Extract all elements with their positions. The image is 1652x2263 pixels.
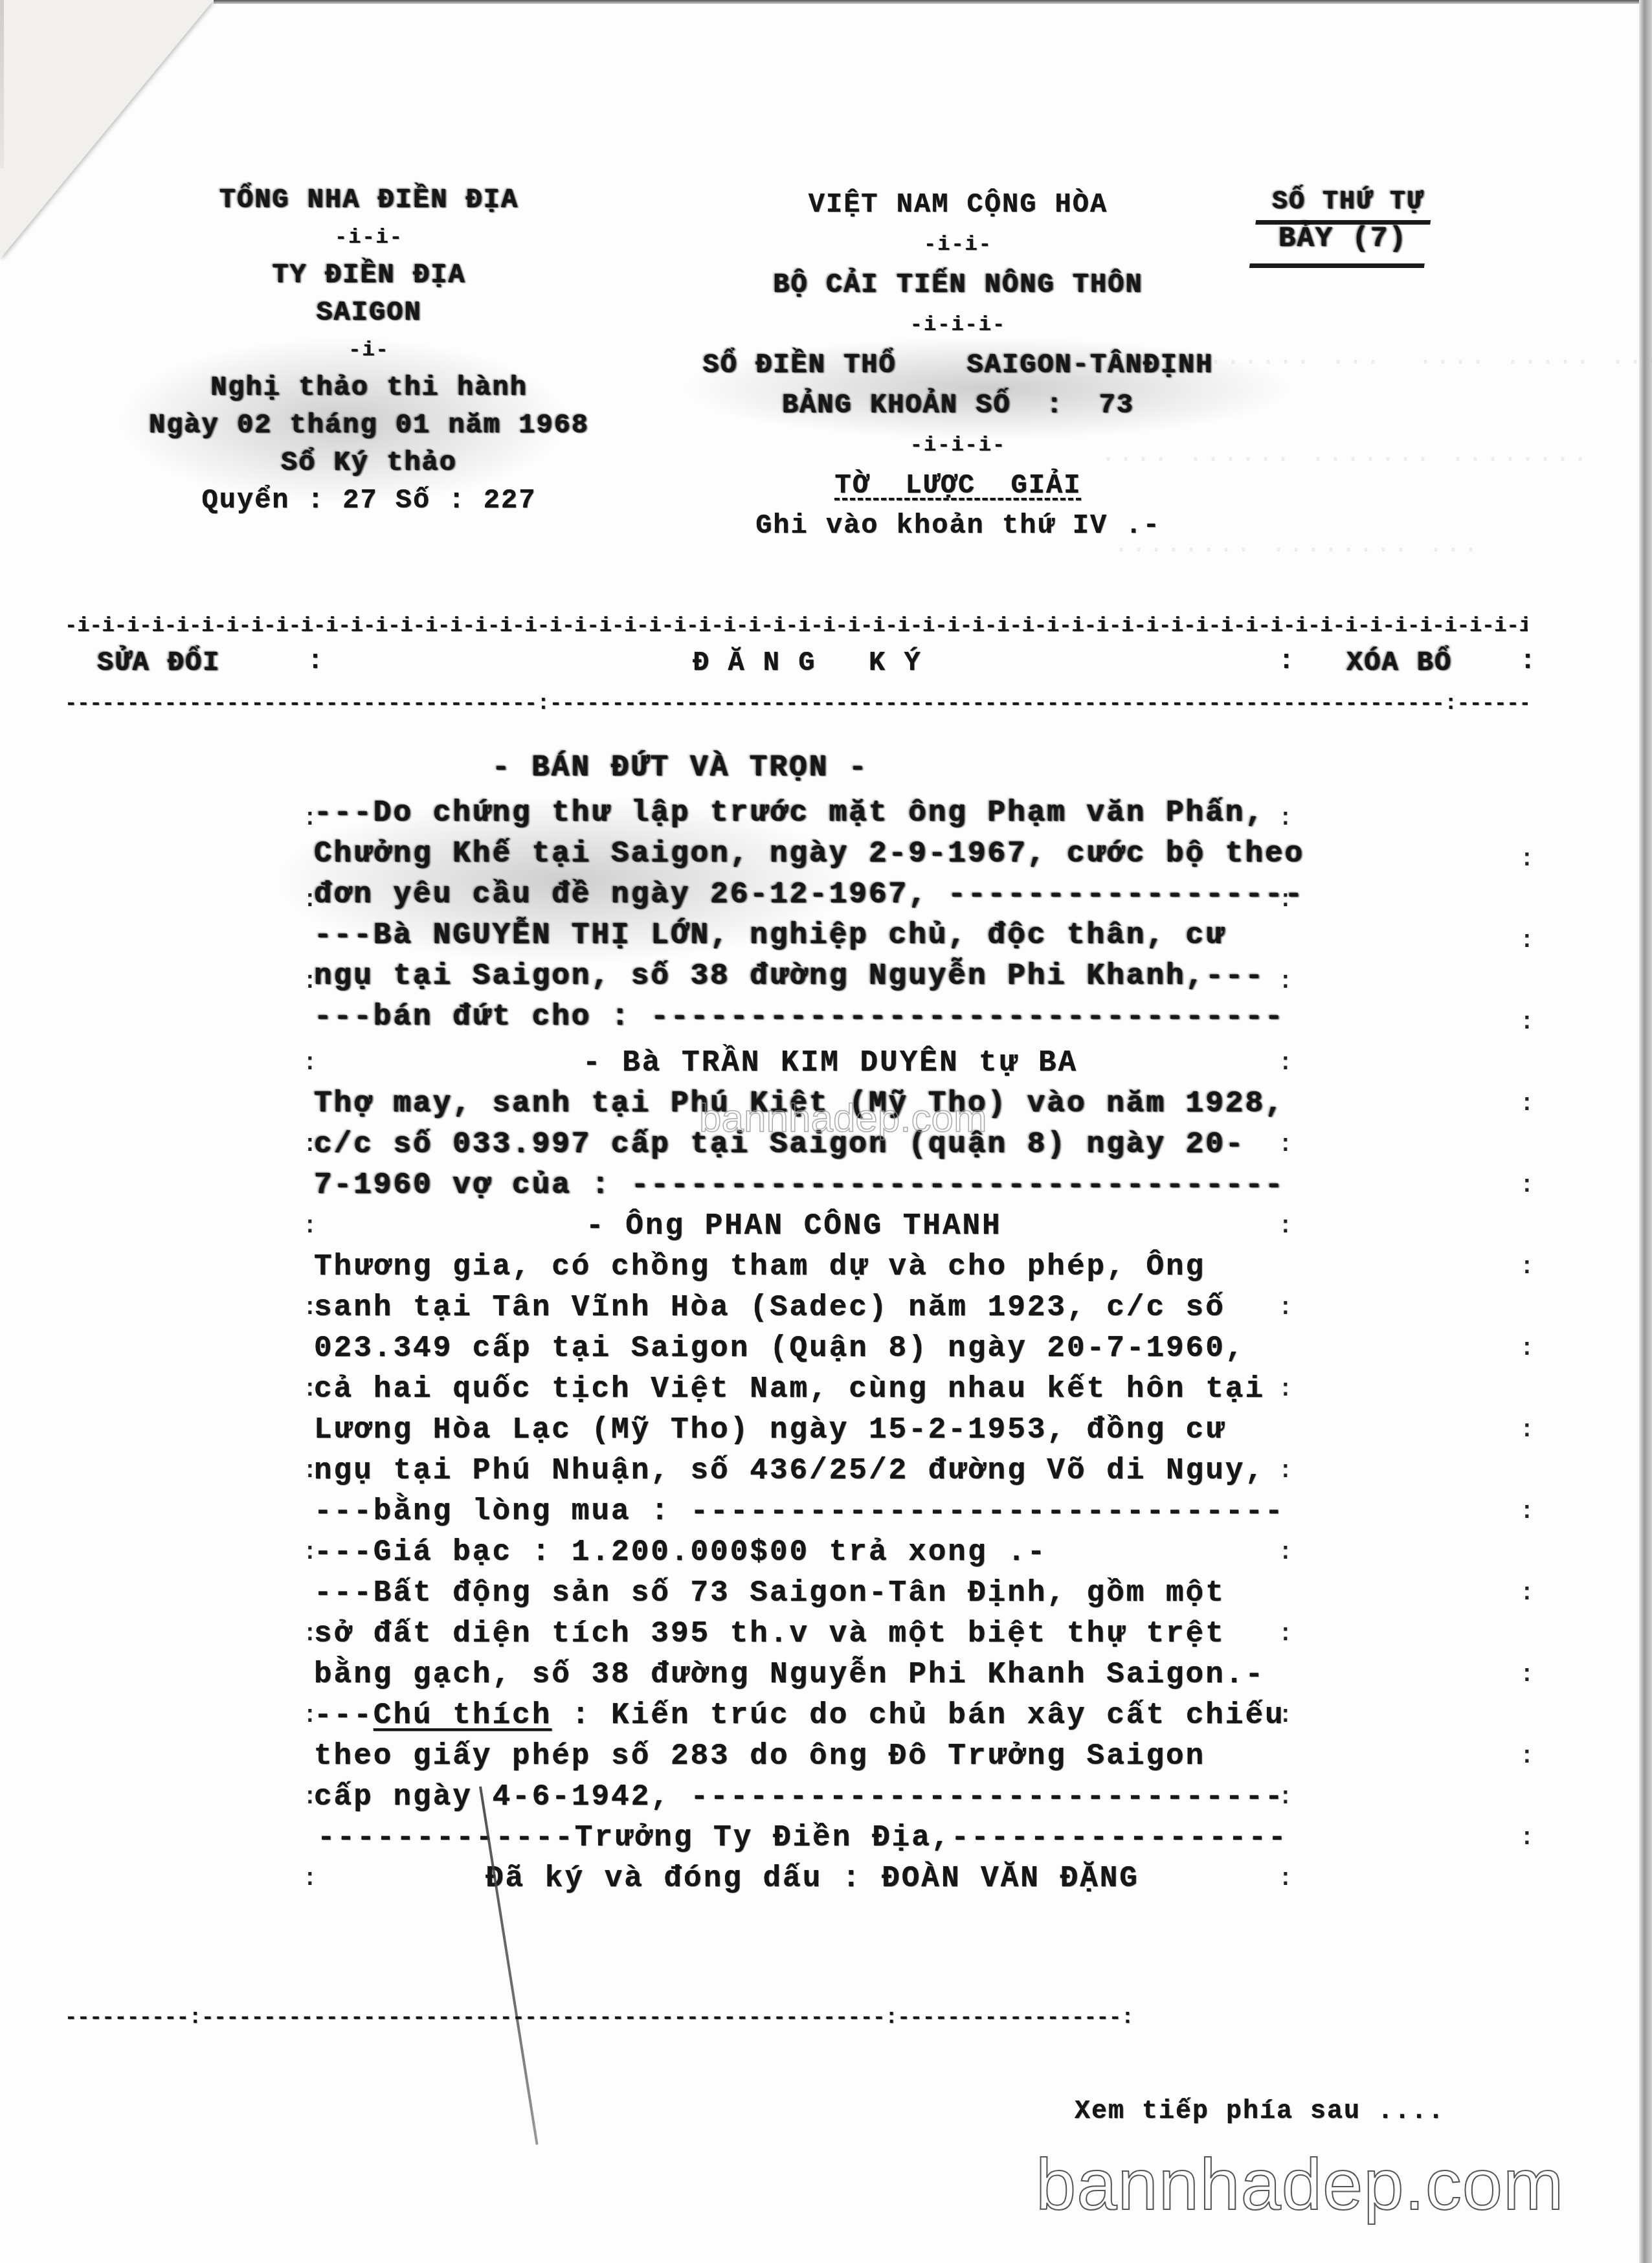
executed-label: Nghị thảo thi hành <box>110 369 628 407</box>
dotted-separator: --------------------------------------:-… <box>65 691 1528 711</box>
entry-note: Ghi vào khoản thứ IV .- <box>667 506 1249 546</box>
margin-mark: : <box>303 1702 317 1729</box>
deed-line: ---bán đứt cho : -----------------------… <box>314 1000 1285 1034</box>
margin-mark: : <box>1520 1825 1534 1851</box>
column-divider: : <box>1520 647 1537 676</box>
margin-mark: : <box>303 1784 317 1811</box>
margin-mark: : <box>1520 1743 1534 1770</box>
deed-line: - Ông PHAN CÔNG THANH <box>586 1209 1002 1243</box>
deed-line: ngụ tại Phú Nhuận, số 436/25/2 đường Võ … <box>314 1454 1265 1488</box>
scan-left-edge <box>0 0 4 168</box>
margin-mark: : <box>1520 1091 1534 1117</box>
margin-mark: : <box>303 805 317 832</box>
margin-mark: : <box>1278 1376 1293 1403</box>
deed-type-title: - BÁN ĐỨT VÀ TRỌN - <box>492 751 869 785</box>
executed-date: Ngày 02 tháng 01 năm 1968 <box>110 407 628 444</box>
separator: -i-i- <box>110 219 628 256</box>
continue-note: Xem tiếp phía sau .... <box>1075 2097 1445 2126</box>
separator: -i-i- <box>667 225 1249 265</box>
margin-mark: : <box>303 1539 317 1566</box>
margin-mark: : <box>303 968 317 995</box>
scan-top-edge <box>214 0 1652 4</box>
margin-mark: : <box>1278 805 1293 832</box>
watermark-center: bannhadep.com <box>699 1095 987 1141</box>
margin-mark: : <box>1520 1254 1534 1280</box>
watermark: bannhadep.com <box>1036 2143 1564 2226</box>
margin-mark: : <box>303 887 317 913</box>
deed-line: Thương gia, có chồng tham dự và cho phép… <box>314 1250 1205 1284</box>
margin-mark: : <box>303 1376 317 1403</box>
agency-name: TỔNG NHA ĐIỀN ĐỊA <box>110 181 628 219</box>
column-divider: : <box>307 647 324 676</box>
deed-line: 023.349 cấp tại Saigon (Quận 8) ngày 20-… <box>314 1332 1245 1365</box>
margin-mark: : <box>1278 1458 1293 1484</box>
margin-mark: : <box>1520 928 1534 954</box>
volume-number: Quyển : 27 Số : 227 <box>110 482 628 519</box>
separator: -i-i-i- <box>667 425 1249 465</box>
margin-mark: : <box>303 1458 317 1484</box>
margin-mark: : <box>303 1050 317 1076</box>
deed-line: - Bà TRẦN KIM DUYÊN tự BA <box>583 1046 1078 1080</box>
land-book: SỔ ĐIỀN THỔ SAIGON-TÂNĐỊNH <box>667 345 1249 385</box>
note-label: Chú thích <box>374 1699 552 1732</box>
margin-mark: : <box>1278 1866 1293 1892</box>
margin-mark: : <box>1278 1213 1293 1240</box>
margin-mark: : <box>1520 1172 1534 1199</box>
margin-mark: : <box>1278 1295 1293 1321</box>
separator: -i-i-i- <box>667 305 1249 345</box>
registration-column-label: Đ Ă N G K Ý <box>693 647 922 678</box>
deed-line: cấp ngày 4-6-1942, ---------------------… <box>314 1780 1285 1814</box>
deed-line: theo giấy phép số 283 do ông Đô Trưởng S… <box>314 1739 1205 1773</box>
ministry-name: BỘ CẢI TIẾN NÔNG THÔN <box>667 265 1249 305</box>
registry-label: Sổ Ký thảo <box>110 444 628 482</box>
country-name: VIỆT NAM CỘNG HÒA <box>667 184 1249 225</box>
deed-line: cả hai quốc tịch Việt Nam, cùng nhau kết… <box>314 1372 1265 1406</box>
margin-mark: : <box>1278 1784 1293 1811</box>
summary-title: TỜ LƯỢC GIẢI <box>667 465 1249 506</box>
serial-value: BẢY (7) <box>1278 223 1407 255</box>
amendment-column-label: SỬA ĐỔI <box>97 647 220 678</box>
deed-line: ---bằng lòng mua : ---------------------… <box>314 1495 1285 1528</box>
deed-line: bằng gạch, số 38 đường Nguyễn Phi Khanh … <box>314 1658 1265 1691</box>
bottom-separator: ----------:-----------------------------… <box>65 2005 1521 2029</box>
deed-line: Đã ký và đóng dấu : ĐOÀN VĂN ĐẶNG <box>486 1862 1139 1895</box>
margin-mark: : <box>1520 846 1534 873</box>
government-header: VIỆT NAM CỘNG HÒA -i-i- BỘ CẢI TIẾN NÔNG… <box>667 184 1249 546</box>
deed-line: sở đất diện tích 395 th.v và một biệt th… <box>314 1617 1225 1651</box>
margin-mark: : <box>1520 1580 1534 1607</box>
scan-right-edge <box>1639 0 1652 2263</box>
office-city: SAIGON <box>110 294 628 331</box>
margin-mark: : <box>1520 1662 1534 1688</box>
deed-line: ---Giá bạc : 1.200.000$00 trả xong .- <box>314 1535 1047 1569</box>
scanned-document-page: ........ ... .... ..... ... .... ...... … <box>0 0 1652 2263</box>
margin-mark: : <box>1520 1335 1534 1362</box>
deed-line: ---Chú thích : Kiến trúc do chủ bán xây … <box>314 1699 1285 1732</box>
margin-mark: : <box>303 1866 317 1892</box>
margin-mark: : <box>1278 887 1293 913</box>
record-number: BẢNG KHOẢN SỐ : 73 <box>667 385 1249 425</box>
deed-line: Lương Hòa Lạc (Mỹ Tho) ngày 15-2-1953, đ… <box>314 1413 1225 1447</box>
margin-mark: : <box>1278 1539 1293 1566</box>
margin-mark: : <box>303 1131 317 1158</box>
margin-mark: : <box>1278 1702 1293 1729</box>
deed-line: sanh tại Tân Vĩnh Hòa (Sadec) năm 1923, … <box>314 1291 1225 1324</box>
deed-line: ---Do chứng thư lập trước mặt ông Phạm v… <box>314 796 1265 830</box>
margin-mark: : <box>1278 1131 1293 1158</box>
deed-line: 7-1960 vợ của : ------------------------… <box>314 1168 1285 1202</box>
cancellation-column-label: XÓA BỔ <box>1346 647 1452 678</box>
deed-line: -------------Trưởng Ty Điền Địa,--------… <box>317 1821 1288 1855</box>
column-divider: : <box>1278 647 1295 676</box>
margin-mark: : <box>1520 1499 1534 1525</box>
deed-line: ---Bà NGUYỄN THỊ LỚN, nghiệp chủ, độc th… <box>314 919 1225 952</box>
margin-mark: : <box>1520 1009 1534 1036</box>
margin-mark: : <box>1278 1621 1293 1647</box>
issuing-office-header: TỔNG NHA ĐIỀN ĐỊA -i-i- TY ĐIỀN ĐỊA SAIG… <box>110 181 628 519</box>
deed-line: ngụ tại Saigon, số 38 đường Nguyễn Phi K… <box>314 959 1265 993</box>
margin-mark: : <box>303 1295 317 1321</box>
dotted-separator: -i-i-i-i-i-i-i-i-i-i-i-i-i-i-i-i-i-i-i-i… <box>65 614 1528 633</box>
serial-label: SỐ THỨ TỰ <box>1272 188 1423 217</box>
margin-mark: : <box>303 1213 317 1240</box>
margin-mark: : <box>1278 968 1293 995</box>
margin-mark: : <box>1278 1050 1293 1076</box>
margin-mark: : <box>1520 1417 1534 1444</box>
office-name: TY ĐIỀN ĐỊA <box>110 256 628 294</box>
margin-mark: : <box>303 1621 317 1647</box>
separator: -i- <box>110 331 628 369</box>
deed-line: ---Bất động sản số 73 Saigon-Tân Định, g… <box>314 1576 1225 1610</box>
deed-line: đơn yêu cầu đề ngày 26-12-1967, --------… <box>314 878 1304 911</box>
deed-line: Chưởng Khế tại Saigon, ngày 2-9-1967, cư… <box>314 837 1304 871</box>
